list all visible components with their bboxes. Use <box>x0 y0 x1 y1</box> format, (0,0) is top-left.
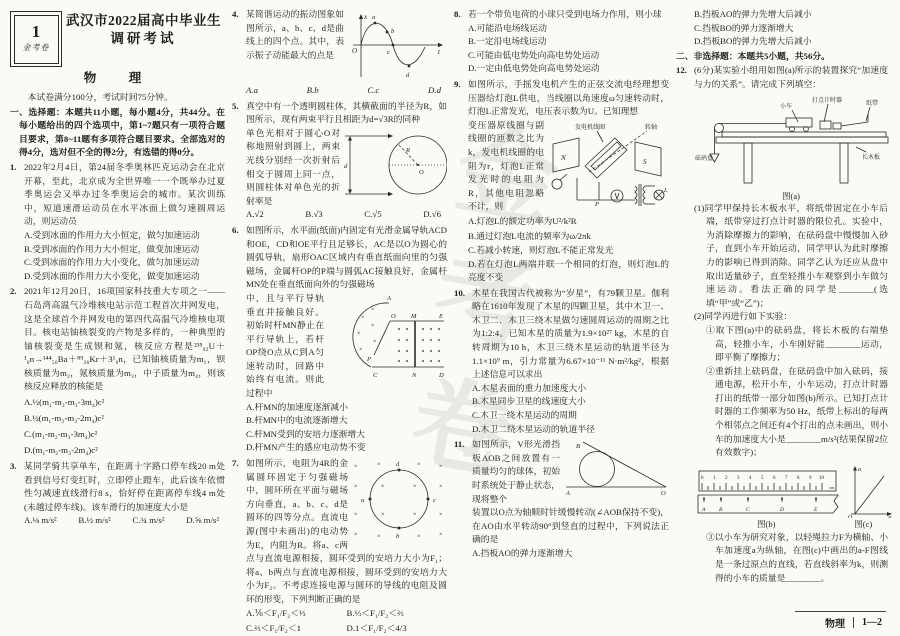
option: C.若减小转速，则灯泡L不能正常发光 <box>468 244 669 258</box>
option: D.受到冰面的作用力大小变化，做变加速运动 <box>24 270 225 284</box>
ruler-tick: 6 <box>773 476 776 481</box>
option: C.¾ m/s² <box>132 514 164 528</box>
footer-page-number: 1—2 <box>853 617 882 628</box>
question-stem: 真空中有一个透明圆柱体，其横截面的半径为R，如图所示，现有两束平行且相距为d=√… <box>246 100 447 127</box>
tape-point-C: C <box>746 507 750 513</box>
label-P: P <box>594 201 599 206</box>
svg-text:×: × <box>354 464 357 470</box>
timer-label: 打点计时器 <box>812 96 842 104</box>
issue-badge: 1 金考卷 <box>10 11 62 67</box>
point-a-label: a <box>372 14 375 21</box>
option: B.杆MN中的电流逐渐增大 <box>246 414 447 428</box>
question-stem: 某同学骑共享单车，在距离十字路口停车线20 m处看到信号灯变红时，立即停止蹬车，… <box>24 460 225 514</box>
question-2: 2. 2021年12月20日，16项国家科技重大专项之一——石岛湾高温气冷堆核电… <box>10 285 225 458</box>
ring-field-figure: ×××× ×××× ×××× ×××× d a c b <box>351 458 447 540</box>
option: B.通过灯泡L电流的频率为ω/2πk <box>468 229 669 244</box>
option: A.√2 <box>246 208 264 222</box>
option: D.挡板BO的弹力先增大后减小 <box>694 35 888 49</box>
option: D.√6 <box>423 208 441 222</box>
ruler-tick: 1 <box>713 476 716 481</box>
question-8: 8. 若一个带负电荷的小球只受到电场力作用，则小球 A.可能沿电场线运动 B.一… <box>454 8 669 76</box>
svg-text:×: × <box>439 512 442 518</box>
generator-figure: 发电机线圈 转轴 N S <box>547 120 669 206</box>
stem-with-figure: B A O 如图所示，V形光滑挡板AOB之间放置有一质量均匀的球体，初始时系统处… <box>472 438 669 506</box>
a-F-graph-figure: a O F <box>846 462 894 518</box>
question-1: 1. 2022年2月4日，第24届冬季奥林匹克运动会在北京开幕，至此，北京成为全… <box>10 161 225 283</box>
question-3: 3. 某同学骑共享单车，在距离十字路口停车线20 m处看到信号灯变红时，立即停止… <box>10 460 225 528</box>
question-11-continued: B.挡板AO的弹力先增大后减小 C.挡板BO的弹力逐渐增大 D.挡板BO的弹力先… <box>676 8 888 49</box>
figure-b-caption: 图(b) <box>694 518 839 530</box>
svg-text:×: × <box>417 534 420 540</box>
option: A.⅛ m/s² <box>24 514 57 528</box>
part-2: (2)同学丙进行如下实验： <box>694 310 888 324</box>
option: D.1＜F₁/F₂＜4/3 <box>347 622 448 636</box>
stem-with-figure: d R O 单色光相对于圆心O对称地照射到圆上，两束光线分别经一次折射后相交于圆… <box>246 127 447 209</box>
svg-text:×: × <box>361 315 364 321</box>
pole-N-label: N <box>560 154 566 162</box>
question-stem: 如图所示，水平面(纸面)内固定有光滑金属导轨ACD和OE，CD和OE平行且足够长… <box>246 224 447 292</box>
shaft-label: 转轴 <box>645 123 657 131</box>
question-stem: 若一个带负电荷的小球只受到电场力作用，则小球 <box>468 8 669 22</box>
part-2-step-1: ①取下图(a)中的砝码盘，将长木板的右端垫高，轻推小车，小车刚好能_______… <box>694 324 888 365</box>
exam-page: 金考卷 1 金考卷 武汉市2022届高中毕业生 调研考试 物 理 本试卷满分10… <box>0 0 900 636</box>
option: C.木卫一绕木星运动的周期 <box>472 409 669 423</box>
svg-text:×: × <box>439 484 442 490</box>
svg-text:×: × <box>357 331 360 337</box>
svg-text:×: × <box>439 532 442 538</box>
question-number: 1. <box>10 161 17 175</box>
option: A.挡板AO的弹力逐渐增大 <box>472 547 669 561</box>
apparatus-figure: 小车 打点计时器 纸带 <box>694 92 888 202</box>
ruler-tick: 3 <box>737 476 740 481</box>
ruler-tick: 2 <box>725 476 728 481</box>
pole-S-label: S <box>643 158 647 166</box>
svg-text:×: × <box>354 532 357 538</box>
ruler-tick: 5 <box>761 476 764 481</box>
question-stem: 如图所示，手摇发电机产生的正弦交流电经理想变压器给灯泡L供电，当线圈以角速度ω匀… <box>468 78 669 119</box>
point-d-label: d <box>396 461 400 468</box>
label-D: D <box>438 372 444 379</box>
option: C.可能由低电势处向高电势处运动 <box>468 49 669 63</box>
axis-a-label: a <box>858 467 861 473</box>
section2-heading: 二、非选择题：本题共5小题，共56分。 <box>676 50 888 64</box>
rail-circuit-figure: ×× ×× ×× A O M E P C <box>327 293 447 381</box>
question-number: 4. <box>232 8 239 22</box>
svg-text:×: × <box>377 534 380 540</box>
stem-with-figure: ×× ×× ×× A O M E P C <box>246 292 447 401</box>
question-number: 8. <box>454 8 461 22</box>
point-c-label: c <box>387 49 390 56</box>
question-number: 2. <box>10 285 17 299</box>
question-number: 10. <box>454 287 465 301</box>
option: B.挡板AO的弹力先增大后减小 <box>694 8 888 22</box>
option: D.(m₁-m₂-m₃-2m₄)c² <box>24 442 225 458</box>
option: A.可能沿电场线运动 <box>468 22 669 36</box>
question-stem: 变压器原线圈与副线圈的匝数之比为k，发电机线圈的电阻为r，灯泡L正常发光时的电阻… <box>468 120 544 212</box>
question-6: 6. 如图所示，水平面(纸面)内固定有光滑金属导轨ACD和OE，CD和OE平行且… <box>232 224 447 455</box>
question-number: 3. <box>10 460 17 474</box>
label-P: P <box>366 356 371 363</box>
question-stem: 单色光相对于圆心O对称地照射到圆上，两束光线分别经一次折射后相交于圆周上同一点，… <box>246 128 340 206</box>
axis-label-x: x <box>363 13 368 21</box>
option: D.一定由低电势处向高电势处运动 <box>468 62 669 76</box>
label-C: C <box>373 372 378 379</box>
pan-label: 砝码盘 <box>695 154 713 162</box>
question-number: 9. <box>454 78 461 92</box>
ruler-tick: 10 <box>819 476 825 481</box>
oscillation-graph-figure: x O t a b c d <box>347 9 447 83</box>
option: B.½ m/s² <box>78 514 110 528</box>
exam-title-line1: 武汉市2022届高中毕业生 <box>62 12 225 29</box>
part-2-step-2: ②重新挂上砝码盘，在砝码盘中加入砝码，接通电源，松开小车，小车运动，打点计时器打… <box>694 365 888 460</box>
option: B.⅓＜F₁/F₂＜⅔ <box>347 607 448 621</box>
badge-number: 1 <box>32 23 41 41</box>
badge-brand: 金考卷 <box>23 41 50 55</box>
ruler-tick: 0 <box>701 476 704 481</box>
label-A: A <box>386 295 391 302</box>
question-number: 7. <box>232 457 239 471</box>
point-b-label: b <box>391 28 395 35</box>
question-stem: 2021年12月20日，16项国家科技重大专项之一——石岛湾高温气冷堆核电站示范… <box>24 285 225 394</box>
tape-point-D: D <box>779 507 784 513</box>
option: C.(m₁-m₂-m₃-3m₄)c² <box>24 426 225 442</box>
cart-label: 小车 <box>780 102 792 110</box>
figures-b-c: 0 1 2 3 4 5 6 7 8 9 10 cm <box>696 462 888 518</box>
svg-text:×: × <box>359 347 362 353</box>
option: C.√5 <box>364 208 381 222</box>
label-A: A <box>565 490 570 497</box>
exam-title-line2: 调研考试 <box>62 29 225 48</box>
label-B: B <box>576 443 580 450</box>
option: A.½(m₁-m₂-m₃-3m₄)c² <box>24 394 225 410</box>
exam-info: 本试卷满分100分，考试时间75分钟。 <box>10 91 225 105</box>
column-1: 1 金考卷 武汉市2022届高中毕业生 调研考试 物 理 本试卷满分100分，考… <box>10 8 225 636</box>
question-stem: (6分)某实验小组用如图(a)所示的装置探究“加速度与力的关系”。请完成下列填空… <box>694 64 888 91</box>
ruler-tick: 7 <box>785 476 788 481</box>
option: C.c <box>367 84 379 98</box>
center-label: O <box>419 169 424 176</box>
question-stem: 2022年2月4日，第24届冬季奥林匹克运动会在北京开幕，至此，北京成为全世界唯… <box>24 161 225 229</box>
svg-text:×: × <box>413 512 416 518</box>
svg-text:×: × <box>377 462 380 468</box>
tape-point-A: A <box>701 507 706 513</box>
option: A.杆MN的加速度逐渐减小 <box>246 401 447 415</box>
option: D.木卫二绕木星运动的轨道半径 <box>472 423 669 437</box>
option: D.若在灯泡L两端并联一个相同的灯泡，则灯泡L的亮度不变 <box>468 258 669 285</box>
page-footer: 物理 1—2 <box>795 611 886 630</box>
point-d-label: d <box>406 72 410 79</box>
option: C.杆MN受到的安培力逐渐增大 <box>246 428 447 442</box>
question-number: 5. <box>232 100 239 114</box>
option: A.灯泡L的额定功率为U²/k²R <box>468 214 669 229</box>
option: A.a <box>246 84 258 98</box>
part-1: (1)同学甲保持长木板水平，将纸带固定在小车后端，纸带穿过打点计时器的限位孔。实… <box>694 202 888 311</box>
section1-heading: 一、选择题：本题共11小题，每小题4分，共44分。在每小题给出的四个选项中，第1… <box>10 106 225 160</box>
generator-coil-label: 发电机线圈 <box>575 123 605 131</box>
figure-a-caption: 图(a) <box>694 190 888 202</box>
svg-text:×: × <box>381 512 384 518</box>
tape-label: 纸带 <box>866 99 878 107</box>
svg-text:×: × <box>371 307 374 313</box>
point-b-label: b <box>396 533 400 540</box>
option: C.受到冰面的作用力大小变化，做匀加速运动 <box>24 256 225 270</box>
svg-text:×: × <box>354 484 357 490</box>
ruler-tick: 8 <box>797 476 800 481</box>
question-4: 4. x O t a <box>232 8 447 98</box>
option: A.受到冰面的作用力大小恒定，做匀加速运动 <box>24 229 225 243</box>
column-3: 8. 若一个带负电荷的小球只受到电场力作用，则小球 A.可能沿电场线运动 B.一… <box>454 8 669 636</box>
tape-point-E: E <box>813 507 818 513</box>
svg-text:×: × <box>439 464 442 470</box>
tape-ruler-figure: 0 1 2 3 4 5 6 7 8 9 10 cm <box>696 468 842 518</box>
column-4: B.挡板AO的弹力先增大后减小 C.挡板BO的弹力逐渐增大 D.挡板BO的弹力先… <box>676 8 888 636</box>
option: A.⅙＜F₁/F₂＜⅓ <box>246 607 347 621</box>
v-board-ball-figure: B A O <box>563 439 669 497</box>
question-stem: 中，且与平行导轨垂直并接触良好。初始时杆MN静止在平行导轨上，若杆OP绕O点从C… <box>246 293 324 398</box>
point-c-label: c <box>433 497 436 504</box>
part-3: ③以小车为研究对象，以轻绳拉力F为横轴、小车加速度a为纵轴，在图(c)中画出的a… <box>694 531 888 585</box>
board-label: 长木板 <box>862 153 880 161</box>
option: A.木星表面的重力加速度大小 <box>472 382 669 396</box>
svg-text:×: × <box>413 484 416 490</box>
label-M: M <box>410 313 417 320</box>
cylinder-optics-figure: d R O <box>343 128 447 200</box>
column-2: 4. x O t a <box>232 8 447 636</box>
option: B.受到冰面的作用力大小恒定，做变加速运动 <box>24 243 225 257</box>
question-10: 10. 木星在我国古代被称为“岁星”，有79颗卫星。伽利略在1610年发现了木星… <box>454 287 669 437</box>
label-O: O <box>391 313 396 320</box>
option: B.√3 <box>305 208 322 222</box>
option: B.木星同步卫星的线速度大小 <box>472 395 669 409</box>
ruler-unit: cm <box>829 485 835 490</box>
question-number: 11. <box>454 438 465 452</box>
point-a-label: a <box>361 497 364 504</box>
question-12: 12. (6分)某实验小组用如图(a)所示的装置探究“加速度与力的关系”。请完成… <box>676 64 888 585</box>
label-O: O <box>661 490 666 497</box>
svg-text:×: × <box>417 462 420 468</box>
footer-subject: 物理 <box>825 615 853 630</box>
ruler-tick: 9 <box>809 476 812 481</box>
option: C.⅔＜F₁/F₂＜1 <box>246 622 347 636</box>
columns: 1 金考卷 武汉市2022届高中毕业生 调研考试 物 理 本试卷满分100分，考… <box>10 8 888 636</box>
option: B.½(m₁-m₂-m₃-2m₄)c² <box>24 410 225 426</box>
stem-with-figure: 发电机线圈 转轴 N S <box>468 119 669 214</box>
radius-label: R <box>405 147 410 154</box>
label-E: E <box>438 313 443 320</box>
gap-label-d: d <box>344 163 348 170</box>
question-stem: 木星在我国古代被称为“岁星”，有79颗卫星。伽利略在1610年发现了木星的四颗卫… <box>472 287 669 382</box>
axis-label-t: t <box>438 48 441 56</box>
lamp-label: L <box>663 187 668 194</box>
tape-point-B: B <box>719 507 723 513</box>
option: C.挡板BO的弹力逐渐增大 <box>694 22 888 36</box>
label-N: N <box>411 372 417 379</box>
svg-text:×: × <box>371 323 374 329</box>
question-number: 12. <box>676 64 687 78</box>
question-7: 7. ×××× ×××× ×××× ×××× d a c <box>232 457 447 636</box>
option: B.一定沿电场线运动 <box>468 35 669 49</box>
origin-label: O <box>352 47 357 55</box>
ruler-tick: 4 <box>749 476 752 481</box>
question-9: 9. 如图所示，手摇发电机产生的正弦交流电经理想变压器给灯泡L供电，当线圈以角速… <box>454 78 669 285</box>
question-5: 5. 真空中有一个透明圆柱体，其横截面的半径为R，如图所示，现有两束平行且相距为… <box>232 100 447 222</box>
option: D.d <box>428 84 441 98</box>
question-stem: 如图所示，V形光滑挡板AOB之间放置有一质量均匀的球体，初始时系统处于静止状态，… <box>472 439 560 503</box>
question-stem: 装置以O点为轴顺时针缓慢转动(∠AOB保持不变)，在AO由水平转动90°到竖直的… <box>472 506 669 547</box>
header: 1 金考卷 武汉市2022届高中毕业生 调研考试 <box>10 8 225 67</box>
question-11: 11. B A O 如图所示，V形光滑挡板AOB之间放置有一质量均匀的球体，初始… <box>454 438 669 560</box>
question-number: 6. <box>232 224 239 238</box>
option: D.⅝ m/s² <box>186 514 219 528</box>
option: B.b <box>307 84 319 98</box>
option: D.杆MN产生的感应电动势不变 <box>246 441 447 455</box>
svg-text:×: × <box>381 484 384 490</box>
svg-text:×: × <box>354 512 357 518</box>
subject-title: 物 理 <box>10 69 225 87</box>
figure-c-caption: 图(c) <box>839 518 888 530</box>
svg-text:×: × <box>373 339 376 345</box>
